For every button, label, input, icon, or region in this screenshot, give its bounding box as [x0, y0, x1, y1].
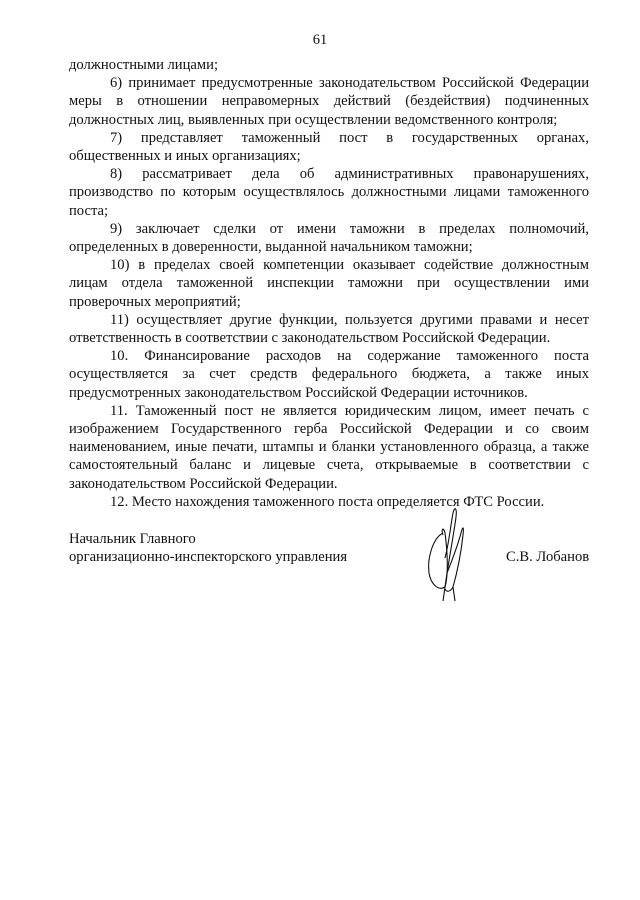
paragraph: 9) заключает сделки от имени таможни в п… [69, 220, 589, 256]
handwritten-signature-icon [425, 503, 471, 603]
paragraph: 8) рассматривает дела об административны… [69, 165, 589, 220]
paragraph: 6) принимает предусмотренные законодател… [69, 74, 589, 129]
signatory-name: С.В. Лобанов [506, 548, 589, 566]
paragraph: 10) в пределах своей компетенции оказыва… [69, 256, 589, 311]
signatory-title: Начальник Главного организационно-инспек… [69, 530, 347, 566]
paragraph: 12. Место нахождения таможенного поста о… [69, 493, 589, 511]
paragraph: 10. Финансирование расходов на содержани… [69, 347, 589, 402]
paragraph: 11) осуществляет другие функции, пользуе… [69, 311, 589, 347]
signatory-title-line2: организационно-инспекторского управления [69, 548, 347, 566]
paragraph: 7) представляет таможенный пост в госуда… [69, 129, 589, 165]
paragraph: 11. Таможенный пост не является юридичес… [69, 402, 589, 493]
paragraph: должностными лицами; [69, 56, 589, 74]
document-body: должностными лицами; 6) принимает предус… [69, 56, 589, 511]
page-number: 61 [0, 32, 640, 49]
signatory-title-line1: Начальник Главного [69, 530, 347, 548]
